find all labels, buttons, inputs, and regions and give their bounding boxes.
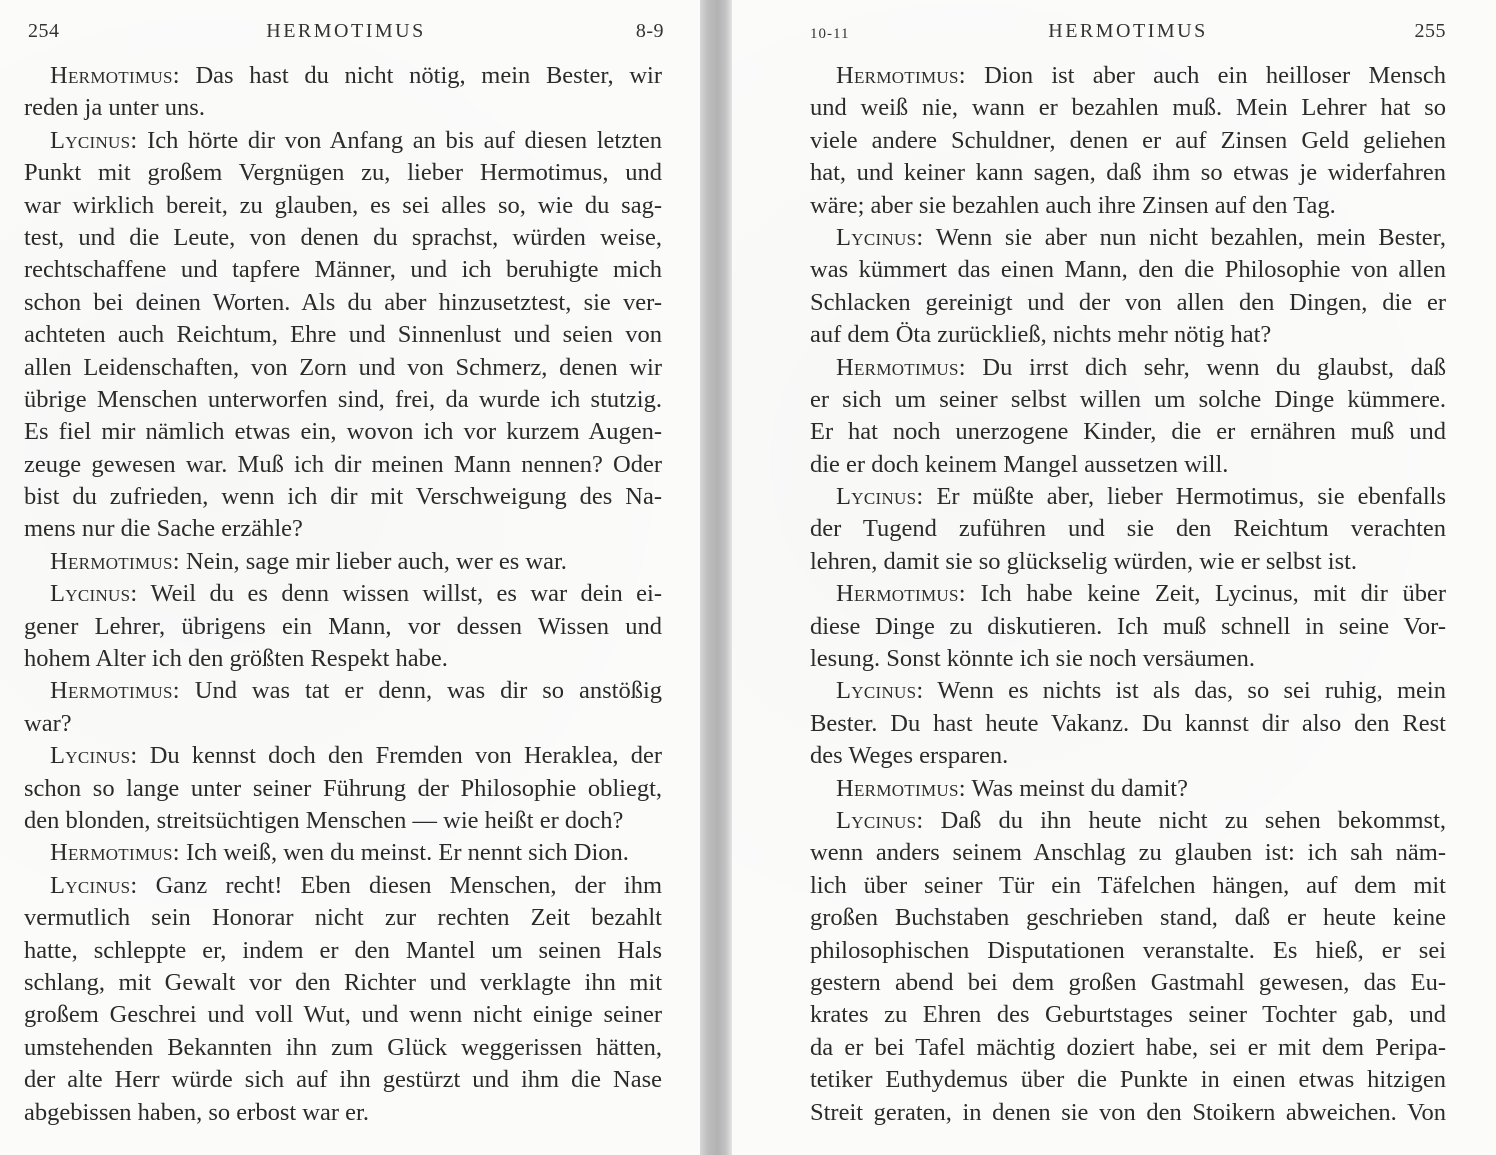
line-text: test, und die Leute, von denen du sprach… — [24, 224, 662, 251]
text-line: da er bei Tafel mächtig doziert habe, se… — [810, 1032, 1446, 1064]
line-text: hohem Alter ich den größten Respekt habe… — [24, 645, 448, 672]
text-line: diese Dinge zu diskutieren. Ich muß schn… — [810, 611, 1446, 643]
text-line: hohem Alter ich den größten Respekt habe… — [24, 643, 662, 675]
line-text: der Tugend zuführen und sie den Reichtum… — [810, 515, 1446, 542]
text-line: tetiker Euthydemus über die Punkte in ei… — [810, 1064, 1446, 1096]
line-text: wäre; aber sie bezahlen auch ihre Zinsen… — [810, 192, 1336, 219]
speaker-name: Hermotimus: — [50, 839, 180, 866]
page-number: 255 — [1415, 20, 1447, 43]
line-text: Er hat noch unerzogene Kinder, die er er… — [810, 418, 1446, 445]
line-text: achteten auch Reichtum, Ehre und Sinnenl… — [24, 321, 662, 348]
text-line: Hermotimus: Nein, sage mir lieber auch, … — [24, 546, 662, 578]
page-body: Hermotimus: Das hast du nicht nötig, mei… — [24, 60, 662, 1129]
line-text: Punkt mit großem Vergnügen zu, lieber He… — [24, 159, 662, 186]
text-line: Hermotimus: Und was tat er denn, was dir… — [24, 675, 662, 707]
speaker-name: Hermotimus: — [836, 775, 966, 802]
text-line: Hermotimus: Dion ist aber auch ein heill… — [810, 60, 1446, 92]
text-line: des Weges ersparen. — [810, 740, 1446, 772]
line-text: Ich weiß, wen du meinst. Er nennt sich D… — [186, 839, 629, 866]
line-text: hat, und keiner kann sagen, daß ihm so e… — [810, 159, 1446, 186]
text-line: Lycinus: Weil du es denn wissen willst, … — [24, 578, 662, 610]
line-text: Daß du ihn heute nicht zu sehen bekommst… — [941, 807, 1446, 834]
text-line: gener Lehrer, übrigens ein Mann, vor des… — [24, 611, 662, 643]
line-text: abgebissen haben, so erbost war er. — [24, 1099, 369, 1126]
line-text: philosophischen Disputationen veranstalt… — [810, 937, 1446, 964]
running-title: HERMOTIMUS — [28, 20, 664, 43]
text-line: zeuge gewesen war. Muß ich dir meinen Ma… — [24, 449, 662, 481]
line-text: Weil du es denn wissen willst, es war de… — [150, 580, 662, 607]
text-line: und weiß nie, wann er bezahlen muß. Mein… — [810, 92, 1446, 124]
dialogue-paragraph: Hermotimus: Das hast du nicht nötig, mei… — [24, 60, 662, 125]
text-line: krates zu Ehren des Geburtstages seiner … — [810, 999, 1446, 1031]
dialogue-paragraph: Lycinus: Wenn es nichts ist als das, so … — [810, 675, 1446, 772]
line-text: umstehenden Bekannten ihn zum Glück wegg… — [24, 1034, 662, 1061]
line-text: Es fiel mir nämlich etwas ein, wovon ich… — [24, 418, 662, 445]
text-line: Er hat noch unerzogene Kinder, die er er… — [810, 416, 1446, 448]
text-line: die er doch keinem Mangel aussetzen will… — [810, 449, 1446, 481]
line-text: krates zu Ehren des Geburtstages seiner … — [810, 1001, 1446, 1028]
line-text: was kümmert das einen Mann, den die Phil… — [810, 256, 1446, 283]
speaker-name: Lycinus: — [50, 742, 137, 769]
page-body: Hermotimus: Dion ist aber auch ein heill… — [810, 60, 1446, 1129]
text-line: umstehenden Bekannten ihn zum Glück wegg… — [24, 1032, 662, 1064]
text-line: der alte Herr würde sich auf ihn gestürz… — [24, 1064, 662, 1096]
text-line: er sich um seiner selbst willen um solch… — [810, 384, 1446, 416]
line-text: Dion ist aber auch ein heilloser Mensch — [984, 62, 1446, 89]
line-text: Wenn es nichts ist als das, so sei ruhig… — [937, 677, 1446, 704]
line-text: Das hast du nicht nötig, mein Bester, wi… — [195, 62, 662, 89]
dialogue-paragraph: Lycinus: Daß du ihn heute nicht zu sehen… — [810, 805, 1446, 1129]
text-line: großem Geschrei und voll Wut, und wenn n… — [24, 999, 662, 1031]
text-line: Hermotimus: Was meinst du damit? — [810, 773, 1446, 805]
text-line: Lycinus: Daß du ihn heute nicht zu sehen… — [810, 805, 1446, 837]
line-text: Schlacken gereinigt und der von allen de… — [810, 289, 1446, 316]
speaker-name: Hermotimus: — [50, 677, 180, 704]
line-text: Er müßte aber, lieber Hermotimus, sie eb… — [936, 483, 1446, 510]
text-line: Lycinus: Er müßte aber, lieber Hermotimu… — [810, 481, 1446, 513]
text-line: Lycinus: Wenn es nichts ist als das, so … — [810, 675, 1446, 707]
line-text: Ganz recht! Eben diesen Menschen, der ih… — [156, 872, 662, 899]
running-title: HERMOTIMUS — [810, 20, 1446, 43]
line-text: allen Leidenschaften, von Zorn und von S… — [24, 354, 662, 381]
line-text: war? — [24, 710, 72, 737]
text-line: Schlacken gereinigt und der von allen de… — [810, 287, 1446, 319]
text-line: war wirklich bereit, zu glauben, es sei … — [24, 190, 662, 222]
line-text: großem Geschrei und voll Wut, und wenn n… — [24, 1001, 662, 1028]
text-line: vermutlich sein Honorar nicht zur rechte… — [24, 902, 662, 934]
line-text: diese Dinge zu diskutieren. Ich muß schn… — [810, 613, 1446, 640]
text-line: mens nur die Sache erzähle? — [24, 513, 662, 545]
text-line: Lycinus: Wenn sie aber nun nicht bezahle… — [810, 222, 1446, 254]
line-text: schlang, mit Gewalt vor den Richter und … — [24, 969, 662, 996]
line-text: Du irrst dich sehr, wenn du glaubst, daß — [982, 354, 1446, 381]
text-line: Punkt mit großem Vergnügen zu, lieber He… — [24, 157, 662, 189]
text-line: Es fiel mir nämlich etwas ein, wovon ich… — [24, 416, 662, 448]
dialogue-paragraph: Lycinus: Ich hörte dir von Anfang an bis… — [24, 125, 662, 546]
text-line: den blonden, streitsüchtigen Menschen — … — [24, 805, 662, 837]
dialogue-paragraph: Hermotimus: Du irrst dich sehr, wenn du … — [810, 352, 1446, 482]
text-line: Hermotimus: Ich habe keine Zeit, Lycinus… — [810, 578, 1446, 610]
speaker-name: Hermotimus: — [50, 548, 180, 575]
text-line: Lycinus: Ganz recht! Eben diesen Mensche… — [24, 870, 662, 902]
line-text: lesung. Sonst könnte ich sie noch versäu… — [810, 645, 1255, 672]
book-gutter — [700, 0, 732, 1155]
text-line: hat, und keiner kann sagen, daß ihm so e… — [810, 157, 1446, 189]
text-line: wenn anders seinem Anschlag zu glauben i… — [810, 837, 1446, 869]
text-line: abgebissen haben, so erbost war er. — [24, 1097, 662, 1129]
speaker-name: Hermotimus: — [50, 62, 180, 89]
text-line: gestern abend bei dem großen Gastmahl ge… — [810, 967, 1446, 999]
section-numbers: 8-9 — [636, 20, 664, 43]
text-line: Streit geraten, in denen sie von den Sto… — [810, 1097, 1446, 1129]
text-line: hatte, schleppte er, indem er den Mantel… — [24, 935, 662, 967]
line-text: schon bei deinen Worten. Als du aber hin… — [24, 289, 662, 316]
line-text: lehren, damit sie so glückselig würden, … — [810, 548, 1357, 575]
text-line: schon so lange unter seiner Führung der … — [24, 773, 662, 805]
line-text: zeuge gewesen war. Muß ich dir meinen Ma… — [24, 451, 662, 478]
right-page: 10-11 HERMOTIMUS 255 Hermotimus: Dion is… — [732, 0, 1496, 1155]
running-header-left: 254 HERMOTIMUS 8-9 — [28, 20, 664, 50]
speaker-name: Hermotimus: — [836, 580, 966, 607]
speaker-name: Lycinus: — [50, 872, 137, 899]
line-text: Ich habe keine Zeit, Lycinus, mit dir üb… — [980, 580, 1446, 607]
line-text: gener Lehrer, übrigens ein Mann, vor des… — [24, 613, 662, 640]
speaker-name: Hermotimus: — [836, 354, 966, 381]
speaker-name: Lycinus: — [836, 677, 923, 704]
text-line: der Tugend zuführen und sie den Reichtum… — [810, 513, 1446, 545]
text-line: rechtschaffene und tapfere Männer, und i… — [24, 254, 662, 286]
text-line: was kümmert das einen Mann, den die Phil… — [810, 254, 1446, 286]
left-page: 254 HERMOTIMUS 8-9 Hermotimus: Das hast … — [0, 0, 700, 1155]
text-line: lehren, damit sie so glückselig würden, … — [810, 546, 1446, 578]
line-text: hatte, schleppte er, indem er den Mantel… — [24, 937, 662, 964]
line-text: übrige Menschen unterworfen sind, frei, … — [24, 386, 662, 413]
text-line: Bester. Du hast heute Vakanz. Du kannst … — [810, 708, 1446, 740]
text-line: schlang, mit Gewalt vor den Richter und … — [24, 967, 662, 999]
line-text: bist du zufrieden, wenn ich dir mit Vers… — [24, 483, 662, 510]
line-text: und weiß nie, wann er bezahlen muß. Mein… — [810, 94, 1446, 121]
dialogue-paragraph: Lycinus: Wenn sie aber nun nicht bezahle… — [810, 222, 1446, 352]
text-line: test, und die Leute, von denen du sprach… — [24, 222, 662, 254]
line-text: den blonden, streitsüchtigen Menschen — … — [24, 807, 623, 834]
line-text: vermutlich sein Honorar nicht zur rechte… — [24, 904, 662, 931]
line-text: da er bei Tafel mächtig doziert habe, se… — [810, 1034, 1446, 1061]
line-text: auf dem Öta zurückließ, nichts mehr nöti… — [810, 321, 1271, 348]
dialogue-paragraph: Hermotimus: Dion ist aber auch ein heill… — [810, 60, 1446, 222]
text-line: wäre; aber sie bezahlen auch ihre Zinsen… — [810, 190, 1446, 222]
line-text: Streit geraten, in denen sie von den Sto… — [810, 1099, 1446, 1126]
speaker-name: Lycinus: — [836, 224, 923, 251]
text-line: Hermotimus: Du irrst dich sehr, wenn du … — [810, 352, 1446, 384]
dialogue-paragraph: Hermotimus: Ich habe keine Zeit, Lycinus… — [810, 578, 1446, 675]
book-spread: 254 HERMOTIMUS 8-9 Hermotimus: Das hast … — [0, 0, 1496, 1155]
speaker-name: Lycinus: — [50, 127, 137, 154]
line-text: Du kennst doch den Fremden von Heraklea,… — [150, 742, 662, 769]
line-text: schon so lange unter seiner Führung der … — [24, 775, 662, 802]
line-text: Und was tat er denn, was dir so anstößig — [195, 677, 662, 704]
line-text: lich über seiner Tür ein Täfelchen hänge… — [810, 872, 1446, 899]
text-line: reden ja unter uns. — [24, 92, 662, 124]
line-text: mens nur die Sache erzähle? — [24, 515, 303, 542]
speaker-name: Lycinus: — [50, 580, 137, 607]
text-line: übrige Menschen unterworfen sind, frei, … — [24, 384, 662, 416]
speaker-name: Hermotimus: — [836, 62, 966, 89]
line-text: war wirklich bereit, zu glauben, es sei … — [24, 192, 662, 219]
dialogue-paragraph: Lycinus: Weil du es denn wissen willst, … — [24, 578, 662, 675]
text-line: Hermotimus: Das hast du nicht nötig, mei… — [24, 60, 662, 92]
text-line: lich über seiner Tür ein Täfelchen hänge… — [810, 870, 1446, 902]
dialogue-paragraph: Lycinus: Er müßte aber, lieber Hermotimu… — [810, 481, 1446, 578]
dialogue-paragraph: Lycinus: Ganz recht! Eben diesen Mensche… — [24, 870, 662, 1129]
dialogue-paragraph: Lycinus: Du kennst doch den Fremden von … — [24, 740, 662, 837]
line-text: gestern abend bei dem großen Gastmahl ge… — [810, 969, 1446, 996]
text-line: allen Leidenschaften, von Zorn und von S… — [24, 352, 662, 384]
line-text: wenn anders seinem Anschlag zu glauben i… — [810, 839, 1446, 866]
running-header-right: 10-11 HERMOTIMUS 255 — [810, 20, 1446, 50]
dialogue-paragraph: Hermotimus: Ich weiß, wen du meinst. Er … — [24, 837, 662, 869]
dialogue-paragraph: Hermotimus: Und was tat er denn, was dir… — [24, 675, 662, 740]
text-line: achteten auch Reichtum, Ehre und Sinnenl… — [24, 319, 662, 351]
line-text: Wenn sie aber nun nicht bezahlen, mein B… — [936, 224, 1446, 251]
text-line: auf dem Öta zurückließ, nichts mehr nöti… — [810, 319, 1446, 351]
line-text: Was meinst du damit? — [972, 775, 1188, 802]
line-text: großen Buchstaben geschrieben stand, daß… — [810, 904, 1446, 931]
text-line: Hermotimus: Ich weiß, wen du meinst. Er … — [24, 837, 662, 869]
line-text: des Weges ersparen. — [810, 742, 1008, 769]
speaker-name: Lycinus: — [836, 807, 923, 834]
text-line: großen Buchstaben geschrieben stand, daß… — [810, 902, 1446, 934]
line-text: Ich hörte dir von Anfang an bis auf dies… — [147, 127, 662, 154]
text-line: lesung. Sonst könnte ich sie noch versäu… — [810, 643, 1446, 675]
text-line: philosophischen Disputationen veranstalt… — [810, 935, 1446, 967]
line-text: Bester. Du hast heute Vakanz. Du kannst … — [810, 710, 1446, 737]
text-line: war? — [24, 708, 662, 740]
speaker-name: Lycinus: — [836, 483, 923, 510]
line-text: tetiker Euthydemus über die Punkte in ei… — [810, 1066, 1446, 1093]
line-text: viele andere Schuldner, denen er auf Zin… — [810, 127, 1446, 154]
text-line: Lycinus: Du kennst doch den Fremden von … — [24, 740, 662, 772]
line-text: rechtschaffene und tapfere Männer, und i… — [24, 256, 662, 283]
text-line: viele andere Schuldner, denen er auf Zin… — [810, 125, 1446, 157]
text-line: bist du zufrieden, wenn ich dir mit Vers… — [24, 481, 662, 513]
line-text: reden ja unter uns. — [24, 94, 205, 121]
text-line: Lycinus: Ich hörte dir von Anfang an bis… — [24, 125, 662, 157]
line-text: er sich um seiner selbst willen um solch… — [810, 386, 1446, 413]
line-text: der alte Herr würde sich auf ihn gestürz… — [24, 1066, 662, 1093]
line-text: Nein, sage mir lieber auch, wer es war. — [186, 548, 567, 575]
text-line: schon bei deinen Worten. Als du aber hin… — [24, 287, 662, 319]
dialogue-paragraph: Hermotimus: Was meinst du damit? — [810, 773, 1446, 805]
dialogue-paragraph: Hermotimus: Nein, sage mir lieber auch, … — [24, 546, 662, 578]
line-text: die er doch keinem Mangel aussetzen will… — [810, 451, 1228, 478]
